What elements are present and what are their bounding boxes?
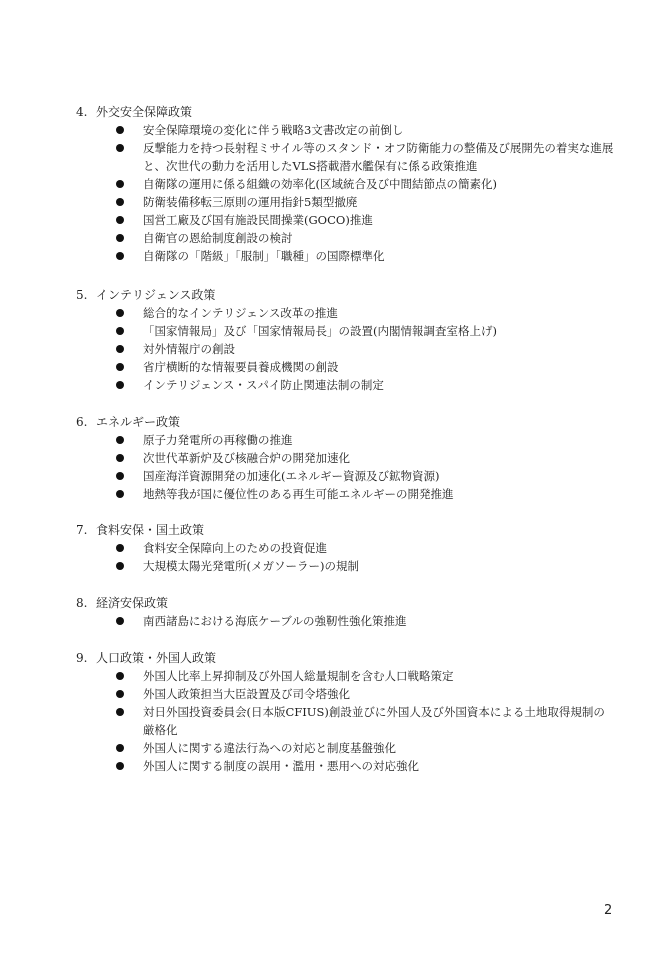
section-population-foreigners: 9. 人口政策・外国人政策 外国人比率上昇抑制及び外国人総量規制を含む人口戦略策…: [76, 649, 616, 775]
section-number: 6.: [76, 413, 96, 431]
section-title: 経済安保政策: [96, 594, 168, 612]
list-item: 省庁横断的な情報要員養成機関の創設: [76, 358, 616, 376]
section-heading: 5. インテリジェンス政策: [76, 286, 616, 304]
bullet-icon: [116, 309, 124, 317]
section-heading: 7. 食料安保・国土政策: [76, 521, 616, 539]
section-food-land: 7. 食料安保・国土政策 食料安全保障向上のための投資促進 大規模太陽光発電所(…: [76, 521, 616, 575]
list-item: 安全保障環境の変化に伴う戦略3文書改定の前倒し: [76, 121, 616, 139]
list-item: 外国人に関する違法行為への対応と制度基盤強化: [76, 739, 616, 757]
section-economic-security: 8. 経済安保政策 南西諸島における海底ケーブルの強靭性強化策推進: [76, 594, 616, 630]
list-item: 総合的なインテリジェンス改革の推進: [76, 304, 616, 322]
list-item: 外国人に関する制度の誤用・濫用・悪用への対応強化: [76, 757, 616, 775]
section-title: 食料安保・国土政策: [96, 521, 204, 539]
bullet-icon: [116, 708, 124, 716]
section-foreign-security: 4. 外交安全保障政策 安全保障環境の変化に伴う戦略3文書改定の前倒し 反撃能力…: [76, 103, 616, 265]
list-item: 南西諸島における海底ケーブルの強靭性強化策推進: [76, 612, 616, 630]
bullet-icon: [116, 126, 124, 134]
list-item: 自衛隊の運用に係る組織の効率化(区域統合及び中間結節点の簡素化): [76, 175, 616, 193]
list-item: 原子力発電所の再稼働の推進: [76, 431, 616, 449]
section-title: 外交安全保障政策: [96, 103, 192, 121]
bullet-icon: [116, 252, 124, 260]
list-item: 国産海洋資源開発の加速化(エネルギー資源及び鉱物資源): [76, 467, 616, 485]
list-item: 地熱等我が国に優位性のある再生可能エネルギーの開発推進: [76, 485, 616, 503]
section-heading: 9. 人口政策・外国人政策: [76, 649, 616, 667]
document-page: 4. 外交安全保障政策 安全保障環境の変化に伴う戦略3文書改定の前倒し 反撃能力…: [0, 0, 670, 960]
bullet-icon: [116, 327, 124, 335]
section-number: 8.: [76, 594, 96, 612]
list-item: 大規模太陽光発電所(メガソーラー)の規制: [76, 557, 616, 575]
section-number: 9.: [76, 649, 96, 667]
bullet-icon: [116, 562, 124, 570]
section-energy: 6. エネルギー政策 原子力発電所の再稼働の推進 次世代革新炉及び核融合炉の開発…: [76, 413, 616, 503]
bullet-icon: [116, 617, 124, 625]
section-title: エネルギー政策: [96, 413, 180, 431]
list-item: インテリジェンス・スパイ防止関連法制の制定: [76, 376, 616, 394]
section-heading: 6. エネルギー政策: [76, 413, 616, 431]
list-item: 自衛隊の「階級」「服制」「職種」の国際標準化: [76, 247, 616, 265]
list-item: 食料安全保障向上のための投資促進: [76, 539, 616, 557]
bullet-icon: [116, 345, 124, 353]
section-number: 5.: [76, 286, 96, 304]
section-heading: 4. 外交安全保障政策: [76, 103, 616, 121]
bullet-icon: [116, 180, 124, 188]
section-heading: 8. 経済安保政策: [76, 594, 616, 612]
bullet-icon: [116, 198, 124, 206]
list-item: 外国人政策担当大臣設置及び司令塔強化: [76, 685, 616, 703]
list-item: 外国人比率上昇抑制及び外国人総量規制を含む人口戦略策定: [76, 667, 616, 685]
bullet-icon: [116, 490, 124, 498]
bullet-icon: [116, 234, 124, 242]
bullet-icon: [116, 544, 124, 552]
list-item: 対外情報庁の創設: [76, 340, 616, 358]
bullet-icon: [116, 216, 124, 224]
bullet-icon: [116, 454, 124, 462]
list-item: 自衛官の恩給制度創設の検討: [76, 229, 616, 247]
bullet-icon: [116, 690, 124, 698]
list-item: 次世代革新炉及び核融合炉の開発加速化: [76, 449, 616, 467]
list-item: 「国家情報局」及び「国家情報局長」の設置(内閣情報調査室格上げ): [76, 322, 616, 340]
list-item: 国営工廠及び国有施設民間操業(GOCO)推進: [76, 211, 616, 229]
list-item: 反撃能力を持つ長射程ミサイル等のスタンド・オフ防衛能力の整備及び展開先の着実な進…: [76, 139, 616, 175]
bullet-icon: [116, 672, 124, 680]
bullet-icon: [116, 744, 124, 752]
bullet-icon: [116, 363, 124, 371]
section-title: インテリジェンス政策: [96, 286, 215, 304]
list-item: 防衛装備移転三原則の運用指針5類型撤廃: [76, 193, 616, 211]
page-number: 2: [604, 903, 612, 918]
bullet-icon: [116, 762, 124, 770]
bullet-icon: [116, 144, 124, 152]
bullet-icon: [116, 436, 124, 444]
section-number: 4.: [76, 103, 96, 121]
section-intelligence: 5. インテリジェンス政策 総合的なインテリジェンス改革の推進 「国家情報局」及…: [76, 286, 616, 394]
list-item: 対日外国投資委員会(日本版CFIUS)創設並びに外国人及び外国資本による土地取得…: [76, 703, 616, 739]
section-title: 人口政策・外国人政策: [96, 649, 216, 667]
bullet-icon: [116, 381, 124, 389]
section-number: 7.: [76, 521, 96, 539]
bullet-icon: [116, 472, 124, 480]
